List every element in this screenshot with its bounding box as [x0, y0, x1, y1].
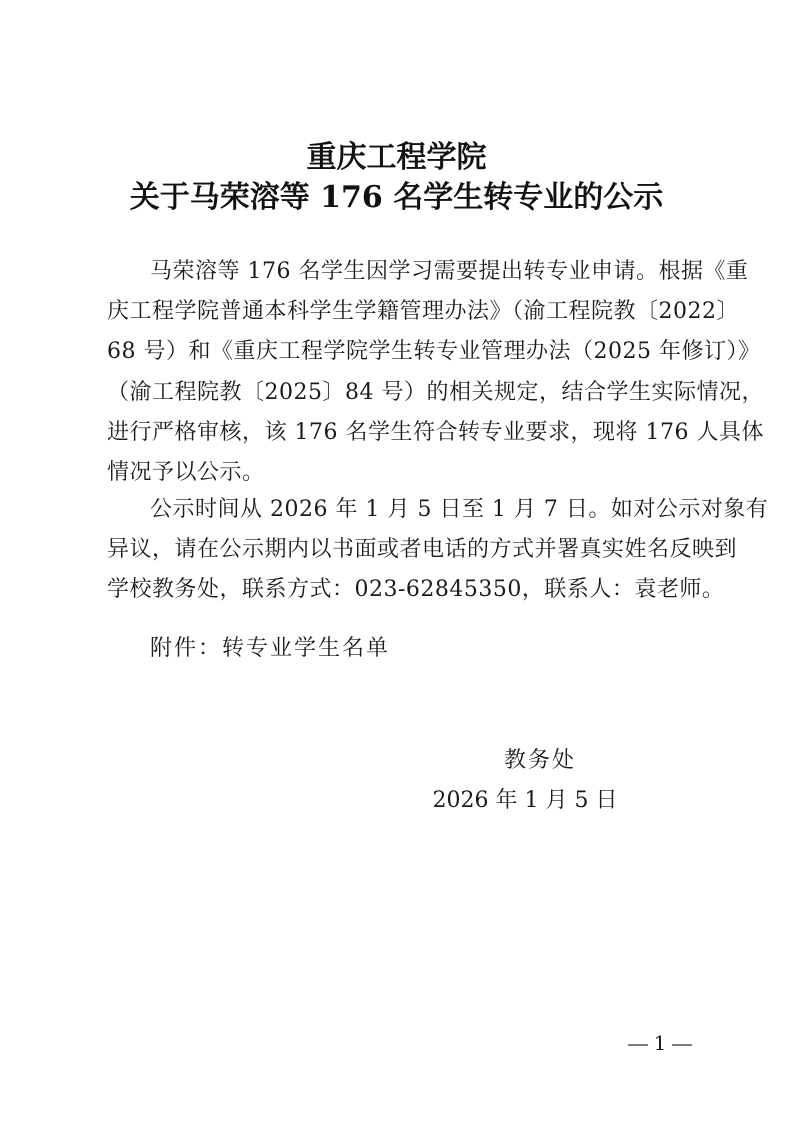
paragraph-line: 情况予以公示。 — [107, 458, 697, 488]
dash-left-decoration — [628, 1044, 648, 1046]
paragraph-line: 进行严格审核，该 176 名学生符合转专业要求，现将 176 人具体 — [107, 418, 697, 448]
document-title-subject: 关于马荣溶等 176 名学生转专业的公示 — [0, 180, 793, 216]
paragraph-line: 异议，请在公示期内以书面或者电话的方式并署真实姓名反映到 — [107, 535, 697, 565]
signature-date: 2026 年 1 月 5 日 — [400, 786, 650, 816]
paragraph-line: 庆工程学院普通本科学生学籍管理办法》（渝工程院教〔2022〕 — [107, 297, 697, 327]
paragraph-line: 学校教务处，联系方式：023-62845350，联系人：袁老师。 — [107, 575, 697, 605]
attachment-note: 附件：转专业学生名单 — [150, 634, 390, 664]
page-number: 1 — [654, 1031, 667, 1055]
paragraph-line: （渝工程院教〔2025〕84 号）的相关规定，结合学生实际情况， — [107, 378, 697, 408]
paragraph-line: 68 号）和《重庆工程学院学生转专业管理办法（2025 年修订）》 — [107, 337, 697, 367]
page-footer: 1 — [620, 1030, 700, 1056]
dash-right-decoration — [672, 1044, 692, 1046]
paragraph-line: 公示时间从 2026 年 1 月 5 日至 1 月 7 日。如对公示对象有 — [150, 495, 697, 525]
signature-organization: 教务处 — [440, 746, 640, 776]
paragraph-line: 马荣溶等 176 名学生因学习需要提出转专业申请。根据《重 — [150, 257, 697, 287]
document-page: 重庆工程学院 关于马荣溶等 176 名学生转专业的公示 马荣溶等 176 名学生… — [0, 0, 793, 1122]
document-title-institution: 重庆工程学院 — [0, 140, 793, 176]
